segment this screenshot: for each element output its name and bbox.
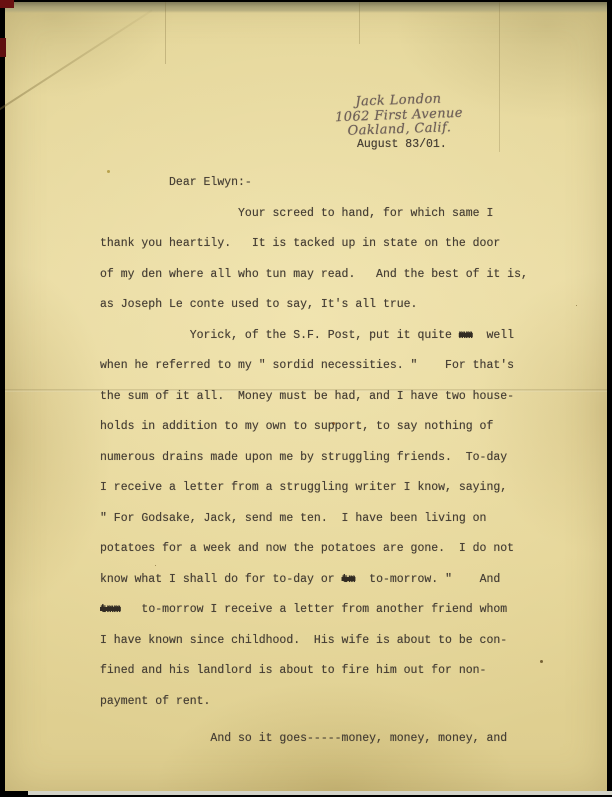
strikethrough-text: tmm <box>100 603 121 616</box>
letter-text: I have known since childhood. His wife i… <box>100 634 507 647</box>
vertical-crease-right <box>499 2 500 152</box>
letter-text: the sum of it all. Money must be had, an… <box>100 390 514 403</box>
letter-text: potatoes for a week and now the potatoes… <box>100 542 514 555</box>
letter-line: the sum of it all. Money must be had, an… <box>100 382 570 413</box>
letter-text: Your screed to hand, for which same I <box>100 207 493 220</box>
letter-text: to-morrow I receive a letter from anothe… <box>121 603 507 616</box>
strikethrough-text: tm <box>342 573 356 586</box>
diagonal-crease <box>0 9 153 111</box>
letter-text: know what I shall do for to-day or <box>100 573 342 586</box>
letter-line: I have known since childhood. His wife i… <box>100 626 570 657</box>
letter-line: of my den where all who tun may read. An… <box>100 260 570 291</box>
letter-text: as Joseph Le conte used to say, It's all… <box>100 298 417 311</box>
letter-line: holds in addition to my own to support, … <box>100 412 570 443</box>
letter-text: Dear Elwyn:- <box>100 176 252 189</box>
letter-text: holds in addition to my own to support, … <box>100 420 493 433</box>
letter-text: And so it goes-----money, money, money, … <box>100 732 507 745</box>
red-edge-mark-left <box>0 38 6 57</box>
letter-line: Dear Elwyn:- <box>100 168 570 199</box>
date-line: August 83/01. <box>357 138 447 151</box>
letter-text: Yorick, of the S.F. Post, put it quite <box>100 329 459 342</box>
letter-line: I receive a letter from a struggling wri… <box>100 473 570 504</box>
letter-text: when he referred to my " sordid necessit… <box>100 359 514 372</box>
letterhead-stamp: Jack London 1062 First Avenue Oakland, C… <box>324 91 473 140</box>
paper-sheet: Jack London 1062 First Avenue Oakland, C… <box>5 2 607 791</box>
letter-line: as Joseph Le conte used to say, It's all… <box>100 290 570 321</box>
letter-text: fined and his landlord is about to fire … <box>100 664 486 677</box>
letter-text: I receive a letter from a struggling wri… <box>100 481 507 494</box>
letter-text: thank you heartily. It is tacked up in s… <box>100 237 500 250</box>
letter-line: Your screed to hand, for which same I <box>100 199 570 230</box>
letter-line: fined and his landlord is about to fire … <box>100 656 570 687</box>
letter-line: " For Godsake, Jack, send me ten. I have… <box>100 504 570 535</box>
letter-line: potatoes for a week and now the potatoes… <box>100 534 570 565</box>
letter-text: numerous drains made upon me by struggli… <box>100 451 507 464</box>
scan-bottom-strip <box>28 791 612 795</box>
letter-line: numerous drains made upon me by struggli… <box>100 443 570 474</box>
red-edge-mark-top <box>0 0 14 8</box>
letter-line: payment of rent. <box>100 687 570 718</box>
paper-top-edge <box>5 2 607 13</box>
letter-text: well <box>473 329 514 342</box>
letter-line: tmm to-morrow I receive a letter from an… <box>100 595 570 626</box>
letter-line: thank you heartily. It is tacked up in s… <box>100 229 570 260</box>
letter-text: to-morrow. " And <box>355 573 500 586</box>
strikethrough-text: mm <box>459 329 473 342</box>
letter-text: of my den where all who tun may read. An… <box>100 268 528 281</box>
letter-line: know what I shall do for to-day or tm to… <box>100 565 570 596</box>
letter-text: payment of rent. <box>100 695 210 708</box>
letter-text: " For Godsake, Jack, send me ten. I have… <box>100 512 486 525</box>
letter-line: when he referred to my " sordid necessit… <box>100 351 570 382</box>
letter-line: Yorick, of the S.F. Post, put it quite m… <box>100 321 570 352</box>
scan-frame: Jack London 1062 First Avenue Oakland, C… <box>0 0 612 797</box>
letter-line: And so it goes-----money, money, money, … <box>100 724 570 755</box>
letter-body: Dear Elwyn:- Your screed to hand, for wh… <box>100 168 570 755</box>
